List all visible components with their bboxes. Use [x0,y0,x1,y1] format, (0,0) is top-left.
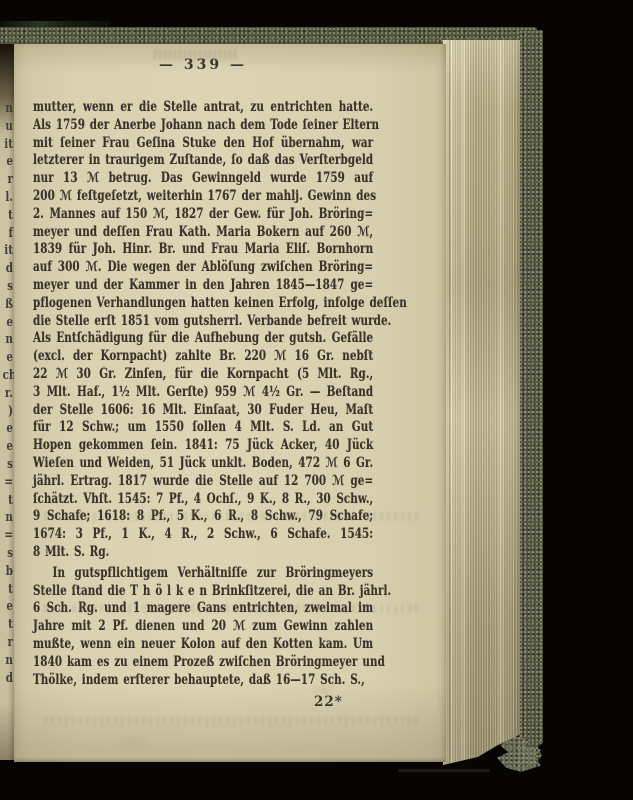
text-line: Stelle ſtand die T h ö l k e n Brinkſitz… [33,583,373,601]
text-line: meyer und deſſen Frau Kath. Maria Bokern… [33,224,373,242]
text-line: 200 ℳ feſtgeſetzt, weiterhin 1767 der ma… [33,188,373,206]
page-number: — 339 — [33,57,373,73]
page-block-fore-edge [443,40,520,765]
book-photograph: nuiterl.tfitdsßenechr.)ees=tn=sbtetrnd —… [0,0,633,800]
text-line: mit ſeiner Frau Geſina Stuke den Hof übe… [33,135,373,153]
text-line: 2. Mannes auf 150 ℳ, 1827 der Gew. für J… [33,206,373,224]
page-body: mutter, wenn er die Stelle antrat, zu en… [33,99,373,689]
text-line: 8 Mlt. S. Rg. [33,544,373,562]
page-bottom-shadow [398,769,490,772]
text-line: nur 13 ℳ betrug. Das Gewinngeld wurde 17… [33,170,373,188]
text-line: meyer und der Kammer in den Jahren 1845—… [33,277,373,295]
text-line: die Stelle erſt 1851 vom gutsherrl. Verb… [33,313,373,331]
cover-edge-right [519,30,543,772]
text-line: Als Entſchädigung für die Aufhebung der … [33,330,373,348]
signature-mark: 22* [314,694,343,710]
text-line: Thölke, indem erſterer behauptete, daß 1… [33,672,373,690]
text-line: mutter, wenn er die Stelle antrat, zu en… [33,99,373,117]
text-line: 1674: 3 Pf., 1 K., 4 R., 2 Schw., 6 Scha… [33,526,373,544]
text-line: 1840 kam es zu einem Prozeß zwiſchen Brö… [33,654,373,672]
text-line: Hopen gekommen ſein. 1841: 75 Jück Acker… [33,437,373,455]
bleed-through-texture [44,604,420,613]
text-line: 22 ℳ 30 Gr. Zinſen, für die Kornpacht (5… [33,366,373,384]
text-line: der Stelle 1606: 16 Mlt. Einſaat, 30 Fud… [33,402,373,420]
text-line: letzterer in traurigem Zuſtande, ſo daß … [33,152,373,170]
book-page: — 339 — mutter, wenn er die Stelle antra… [14,44,446,762]
text-line: für 12 Schw.; um 1550 ſollen 4 Mlt. S. L… [33,419,373,437]
text-line: auf 300 ℳ. Die wegen der Ablöſung zwiſch… [33,259,373,277]
text-line: 1839 für Joh. Hinr. Br. und Frau Maria E… [33,241,373,259]
text-line: ſchätzt. Vhſt. 1545: 7 Pf., 4 Ochſ., 9 K… [33,491,373,509]
text-line: 3 Mlt. Haf., 1½ Mlt. Gerſte) 959 ℳ 4½ Gr… [33,384,373,402]
text-line: Als 1759 der Anerbe Johann nach dem Tode… [33,117,373,135]
text-line: mußte, wenn ein neuer Kolon auf den Kott… [33,636,373,654]
bleed-through-texture [44,512,420,521]
text-line: Jahre mit 2 Pf. dienen und 20 ℳ zum Gewi… [33,618,373,636]
text-line: pflogenen Verhandlungen hatten keinen Er… [33,295,373,313]
text-line: In gutspflichtigem Verhältniſſe zur Brör… [33,565,373,583]
text-line: (excl. der Kornpacht) zahlte Br. 220 ℳ 1… [33,348,373,366]
text-line: Wieſen und Weiden, 51 Jück unklt. Boden,… [33,455,373,473]
text-line: jährl. Ertrag. 1817 wurde die Stelle auf… [33,473,373,491]
bleed-through-texture [44,716,420,725]
